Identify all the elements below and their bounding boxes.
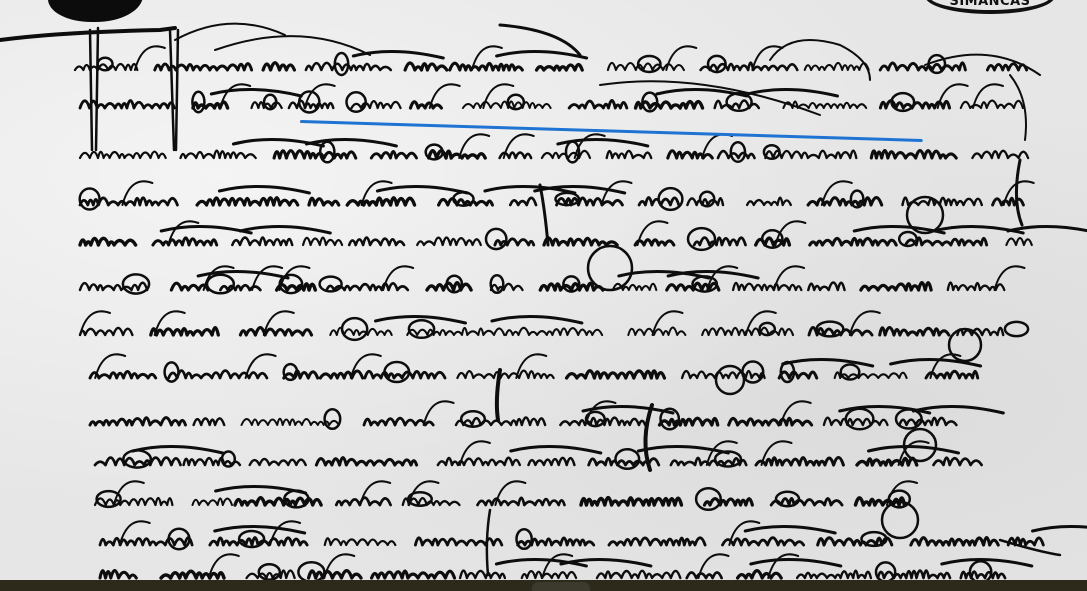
drag-handle[interactable]: [532, 582, 590, 591]
bottom-toolbar: [0, 580, 1087, 591]
manuscript-page: SIMANCAS: [0, 0, 1087, 580]
handwriting-ink: [0, 0, 1087, 580]
